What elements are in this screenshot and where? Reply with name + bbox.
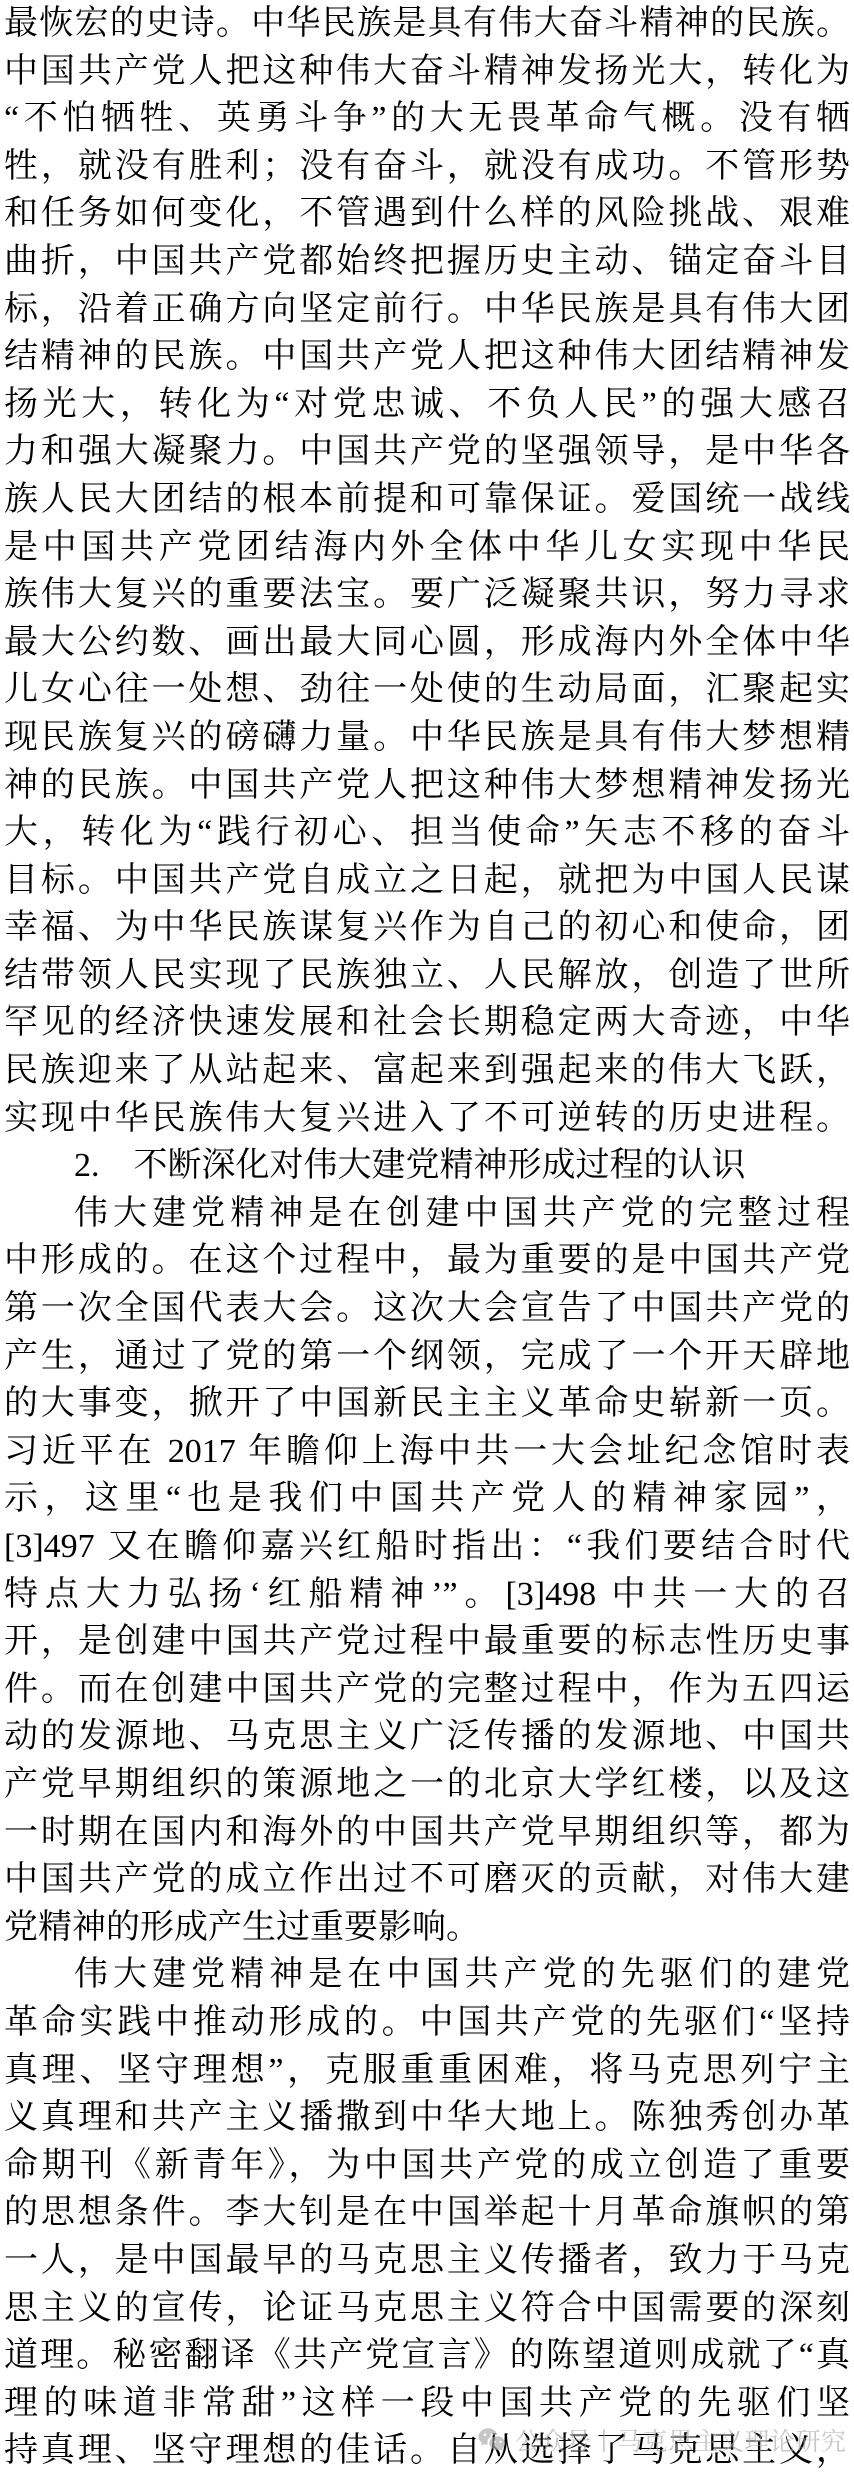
document-page: 最恢宏的史诗。中华民族是具有伟大奋斗精神的民族。中国共产党人把这种伟大奋斗精神发… xyxy=(0,0,854,2476)
text-line: 实现中华民族伟大复兴进入了不可逆转的历史进程。 xyxy=(4,1095,850,1143)
text-line: 标，沿着正确方向坚定前行。中华民族是具有伟大团 xyxy=(4,286,850,334)
text-line: 开，是创建中国共产党过程中最重要的标志性历史事 xyxy=(4,1618,850,1666)
text-line: 幸福、为中华民族谋复兴作为自己的初心和使命，团 xyxy=(4,904,850,952)
text-line: 结精神的民族。中国共产党人把这种伟大团结精神发 xyxy=(4,333,850,381)
text-line: 最大公约数、画出最大同心圆，形成海内外全体中华 xyxy=(4,619,850,667)
text-line: 大，转化为“践行初心、担当使命”矢志不移的奋斗 xyxy=(4,809,850,857)
text-line: 神的民族。中国共产党人把这种伟大梦想精神发扬光 xyxy=(4,762,850,810)
text-line: 的思想条件。李大钊是在中国举起十月革命旗帜的第 xyxy=(4,2189,850,2237)
text-line: 力和强大凝聚力。中国共产党的坚强领导，是中华各 xyxy=(4,428,850,476)
text-line: 产生，通过了党的第一个纲领，完成了一个开天辟地 xyxy=(4,1333,850,1381)
text-line: “不怕牺牲、英勇斗争”的大无畏革命气概。没有牺 xyxy=(4,95,850,143)
text-line: 最恢宏的史诗。中华民族是具有伟大奋斗精神的民族。 xyxy=(4,0,850,48)
text-line: 示，这里“也是我们中国共产党人的精神家园”， xyxy=(4,1475,850,1523)
text-line: 一人，是中国最早的马克思主义传播者，致力于马克 xyxy=(4,2237,850,2285)
text-line: 动的发源地、马克思主义广泛传播的发源地、中国共 xyxy=(4,1713,850,1761)
text-line: 革命实践中推动形成的。中国共产党的先驱们“坚持 xyxy=(4,1999,850,2047)
text-line: 牲，就没有胜利；没有奋斗，就没有成功。不管形势 xyxy=(4,143,850,191)
text-line: 理的味道非常甜”这样一段中国共产党的先驱们坚 xyxy=(4,2380,850,2428)
text-line: 中形成的。在这个过程中，最为重要的是中国共产党 xyxy=(4,1237,850,1285)
text-line: 持真理、坚守理想的佳话。自从选择了马克思主义， xyxy=(4,2427,850,2475)
text-line: 一时期在国内和海外的中国共产党早期组织等，都为 xyxy=(4,1809,850,1857)
text-line: 族伟大复兴的重要法宝。要广泛凝聚共识，努力寻求 xyxy=(4,571,850,619)
text-line: 道理。秘密翻译《共产党宣言》的陈望道则成就了“真 xyxy=(4,2332,850,2380)
text-line: 伟大建党精神是在中国共产党的先驱们的建党 xyxy=(4,1951,850,1999)
text-line: 儿女心往一处想、劲往一处使的生动局面，汇聚起实 xyxy=(4,666,850,714)
text-line: 中国共产党人把这种伟大奋斗精神发扬光大，转化为 xyxy=(4,48,850,96)
text-line: 民族迎来了从站起来、富起来到强起来的伟大飞跃， xyxy=(4,1047,850,1095)
text-line: 罕见的经济快速发展和社会长期稳定两大奇迹，中华 xyxy=(4,999,850,1047)
text-line: 结带领人民实现了民族独立、人民解放，创造了世所 xyxy=(4,952,850,1000)
text-line: 件。而在创建中国共产党的完整过程中，作为五四运 xyxy=(4,1666,850,1714)
text-line: 特点大力弘扬‘红船精神’”。[3]498 中共一大的召 xyxy=(4,1571,850,1619)
text-line: 产党早期组织的策源地之一的北京大学红楼，以及这 xyxy=(4,1761,850,1809)
text-line: 中国共产党的成立作出过不可磨灭的贡献，对伟大建 xyxy=(4,1856,850,1904)
text-line: 义真理和共产主义播撒到中华大地上。陈独秀创办革 xyxy=(4,2094,850,2142)
text-line: 是中国共产党团结海内外全体中华儿女实现中华民 xyxy=(4,524,850,572)
text-line: 和任务如何变化，不管遇到什么样的风险挑战、艰难 xyxy=(4,190,850,238)
text-line: 曲折，中国共产党都始终把握历史主动、锚定奋斗目 xyxy=(4,238,850,286)
article-text: 最恢宏的史诗。中华民族是具有伟大奋斗精神的民族。中国共产党人把这种伟大奋斗精神发… xyxy=(0,0,854,2475)
text-line: 族人民大团结的根本前提和可靠保证。爱国统一战线 xyxy=(4,476,850,524)
text-line: 伟大建党精神是在创建中国共产党的完整过程 xyxy=(4,1190,850,1238)
text-line: 现民族复兴的磅礴力量。中华民族是具有伟大梦想精 xyxy=(4,714,850,762)
text-line: 真理、坚守理想”，克服重重困难，将马克思列宁主 xyxy=(4,2047,850,2095)
text-line: 习近平在 2017 年瞻仰上海中共一大会址纪念馆时表 xyxy=(4,1428,850,1476)
text-line: 命期刊《新青年》，为中国共产党的成立创造了重要 xyxy=(4,2142,850,2190)
text-line: [3]497 又在瞻仰嘉兴红船时指出：“我们要结合时代 xyxy=(4,1523,850,1571)
text-line: 的大事变，掀开了中国新民主主义革命史崭新一页。 xyxy=(4,1380,850,1428)
text-line: 目标。中国共产党自成立之日起，就把为中国人民谋 xyxy=(4,857,850,905)
text-line: 第一次全国代表大会。这次大会宣告了中国共产党的 xyxy=(4,1285,850,1333)
text-line: 思主义的宣传，论证马克思主义符合中国需要的深刻 xyxy=(4,2285,850,2333)
text-line: 2. 不断深化对伟大建党精神形成过程的认识 xyxy=(4,1142,850,1190)
text-line: 扬光大，转化为“对党忠诚、不负人民”的强大感召 xyxy=(4,381,850,429)
text-line: 党精神的形成产生过重要影响。 xyxy=(4,1904,850,1952)
